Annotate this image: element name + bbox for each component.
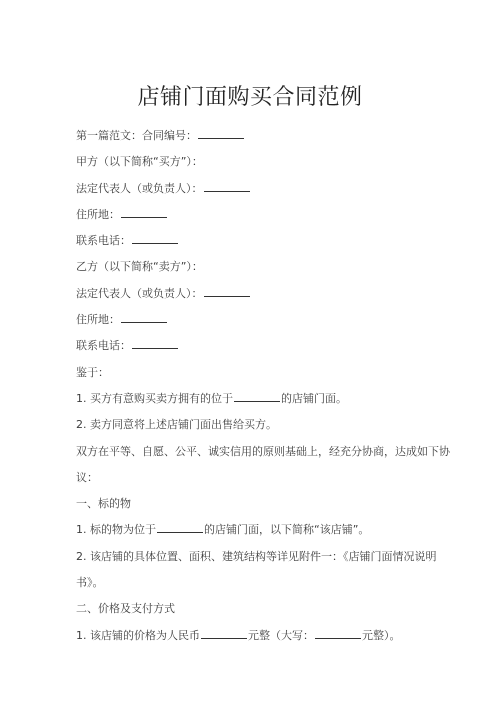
- document-line: 议：: [76, 469, 436, 495]
- line-text: 乙方（以下简称“卖方”）：: [76, 260, 203, 273]
- document-line: 住所地：: [76, 206, 436, 232]
- document-line: 联系电话：: [76, 337, 436, 363]
- line-text: 住所地：: [76, 208, 120, 221]
- line-text: 法定代表人（或负责人）：: [76, 287, 203, 300]
- document-line: 法定代表人（或负责人）：: [76, 285, 436, 311]
- document-line: 1. 该店铺的价格为人民币元整（大写：元整）。: [76, 627, 436, 653]
- fill-in-blank: [121, 206, 167, 218]
- fill-in-blank: [132, 337, 178, 349]
- line-text: 的店铺门面，以下简称“该店铺”。: [204, 523, 369, 536]
- document-line: 联系电话：: [76, 232, 436, 258]
- line-text: 二、价格及支付方式: [76, 602, 175, 615]
- document-line: 1. 买方有意购买卖方拥有的位于的店铺门面。: [76, 390, 436, 416]
- document-line: 二、价格及支付方式: [76, 600, 436, 626]
- document-body: 第一篇范文：合同编号：甲方（以下简称“买方”）：法定代表人（或负责人）：住所地：…: [76, 127, 436, 653]
- fill-in-blank: [234, 390, 280, 402]
- line-text: 议：: [76, 471, 98, 484]
- line-text: 第一篇范文：合同编号：: [76, 129, 197, 142]
- line-text: 1. 买方有意购买卖方拥有的位于: [76, 392, 233, 405]
- fill-in-blank: [315, 627, 361, 639]
- line-text: 鉴于：: [76, 366, 109, 379]
- fill-in-blank: [201, 627, 247, 639]
- fill-in-blank: [198, 127, 244, 139]
- fill-in-blank: [204, 180, 250, 192]
- line-text: 2. 该店铺的具体位置、面积、建筑结构等详见附件一：《店铺门面情况说明: [76, 550, 437, 563]
- document-line: 一、标的物: [76, 495, 436, 521]
- document-line: 1. 标的物为位于的店铺门面，以下简称“该店铺”。: [76, 521, 436, 547]
- line-text: 甲方（以下简称“买方”）：: [76, 155, 203, 168]
- document-title: 店铺门面购买合同范例: [0, 84, 500, 112]
- line-text: 法定代表人（或负责人）：: [76, 182, 203, 195]
- document-line: 第一篇范文：合同编号：: [76, 127, 436, 153]
- line-text: 住所地：: [76, 313, 120, 326]
- line-text: 书》。: [76, 576, 104, 589]
- document-line: 住所地：: [76, 311, 436, 337]
- fill-in-blank: [204, 285, 250, 297]
- fill-in-blank: [157, 521, 203, 533]
- document-line: 2. 该店铺的具体位置、面积、建筑结构等详见附件一：《店铺门面情况说明: [76, 548, 436, 574]
- line-text: 1. 该店铺的价格为人民币: [76, 629, 200, 642]
- document-line: 书》。: [76, 574, 436, 600]
- document-line: 2. 卖方同意将上述店铺门面出售给买方。: [76, 416, 436, 442]
- line-text: 1. 标的物为位于: [76, 523, 156, 536]
- line-text: 双方在平等、自愿、公平、诚实信用的原则基础上，经充分协商，达成如下协: [76, 445, 450, 458]
- document-line: 甲方（以下简称“买方”）：: [76, 153, 436, 179]
- line-text: 联系电话：: [76, 339, 131, 352]
- fill-in-blank: [121, 311, 167, 323]
- document-line: 乙方（以下简称“卖方”）：: [76, 258, 436, 284]
- line-text: 2. 卖方同意将上述店铺门面出售给买方。: [76, 418, 277, 431]
- line-text: 一、标的物: [76, 497, 131, 510]
- document-line: 法定代表人（或负责人）：: [76, 180, 436, 206]
- line-text: 元整（大写：: [248, 629, 314, 642]
- fill-in-blank: [132, 232, 178, 244]
- document-line: 鉴于：: [76, 364, 436, 390]
- document-page: 店铺门面购买合同范例 第一篇范文：合同编号：甲方（以下简称“买方”）：法定代表人…: [0, 0, 500, 707]
- document-line: 双方在平等、自愿、公平、诚实信用的原则基础上，经充分协商，达成如下协: [76, 443, 436, 469]
- line-text: 联系电话：: [76, 234, 131, 247]
- line-text: 的店铺门面。: [281, 392, 347, 405]
- line-text: 元整）。: [362, 629, 401, 642]
